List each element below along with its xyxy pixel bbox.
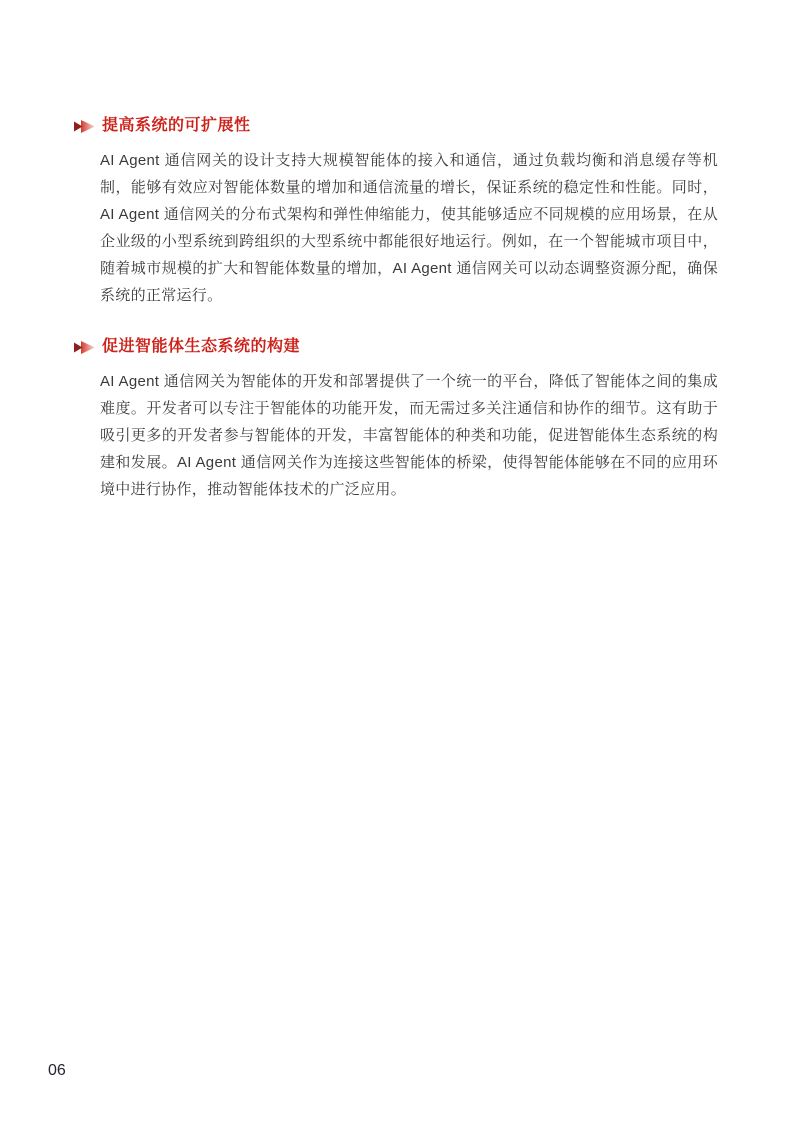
section-heading-text: 提高系统的可扩展性 [102,115,251,137]
section-body-paragraph: AI Agent 通信网关的设计支持大规模智能体的接入和通信，通过负载均衡和消息… [100,147,718,309]
page-number: 06 [48,1061,66,1081]
section-heading-row: 提高系统的可扩展性 [74,115,718,137]
section-heading-row: 促进智能体生态系统的构建 [74,336,718,358]
fast-forward-bullet-icon [74,341,95,354]
section-scalability: 提高系统的可扩展性 AI Agent 通信网关的设计支持大规模智能体的接入和通信… [74,115,718,309]
section-heading-text: 促进智能体生态系统的构建 [102,336,300,358]
section-body-paragraph: AI Agent 通信网关为智能体的开发和部署提供了一个统一的平台，降低了智能体… [100,368,718,503]
fast-forward-bullet-icon [74,120,95,133]
document-page: 提高系统的可扩展性 AI Agent 通信网关的设计支持大规模智能体的接入和通信… [0,0,794,1123]
page-content: 提高系统的可扩展性 AI Agent 通信网关的设计支持大规模智能体的接入和通信… [74,115,718,503]
section-ecosystem: 促进智能体生态系统的构建 AI Agent 通信网关为智能体的开发和部署提供了一… [74,336,718,503]
